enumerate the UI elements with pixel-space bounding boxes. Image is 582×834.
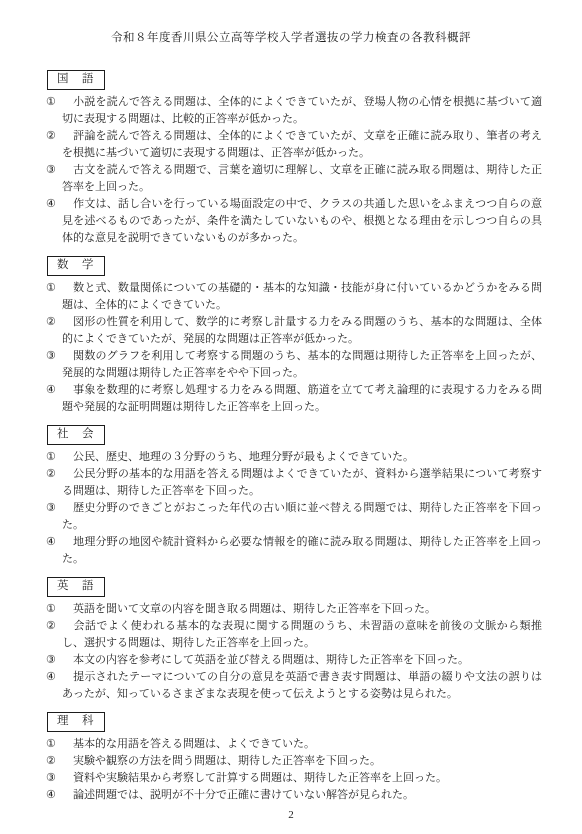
item-text: 本文の内容を参考にして英語を並び替える問題は、期待した正答率を下回った。 bbox=[73, 654, 469, 666]
item-number: ④ bbox=[46, 534, 73, 551]
list-item: ③資料や実験結果から考察して計算する問題は、期待した正答率を上回った。 bbox=[62, 770, 542, 787]
item-number: ③ bbox=[46, 500, 73, 517]
item-text: 英語を聞いて文章の内容を聞き取る問題は、期待した正答率を下回った。 bbox=[73, 603, 436, 615]
section-items: ①公民、歴史、地理の３分野のうち、地理分野が最もよくできていた。②公民分野の基本… bbox=[0, 449, 582, 568]
list-item: ②会話でよく使われる基本的な表現に関する問題のうち、未習語の意味を前後の文脈から… bbox=[62, 618, 542, 652]
item-text: 論述問題では、説明が不十分で正確に書けていない解答が見られた。 bbox=[73, 789, 414, 801]
item-text: 提示されたテーマについての自分の意見を英語で書き表す問題は、単語の綴りや文法の誤… bbox=[62, 671, 542, 700]
list-item: ①基本的な用語を答える問題は、よくできていた。 bbox=[62, 736, 542, 753]
subject-section: 理 科①基本的な用語を答える問題は、よくできていた。②実験や観察の方法を問う問題… bbox=[0, 703, 582, 804]
section-items: ①基本的な用語を答える問題は、よくできていた。②実験や観察の方法を問う問題は、期… bbox=[0, 736, 582, 804]
item-text: 公民分野の基本的な用語を答える問題はよくできていたが、資料から選挙結果について考… bbox=[62, 468, 542, 497]
section-heading-box: 社 会 bbox=[47, 425, 105, 445]
item-number: ② bbox=[46, 753, 73, 770]
section-heading-box: 理 科 bbox=[47, 712, 105, 732]
section-heading-box: 国 語 bbox=[47, 70, 105, 90]
item-number: ③ bbox=[46, 652, 73, 669]
list-item: ②評論を読んで答える問題は、全体的によくできていたが、文章を正確に読み取り、筆者… bbox=[62, 128, 542, 162]
item-number: ① bbox=[46, 280, 73, 297]
section-heading: 数 学 bbox=[57, 259, 95, 271]
section-items: ①数と式、数量関係についての基礎的・基本的な知識・技能が身に付いているかどうかを… bbox=[0, 280, 582, 416]
section-items: ①英語を聞いて文章の内容を聞き取る問題は、期待した正答率を下回った。②会話でよく… bbox=[0, 601, 582, 703]
sections: 国 語①小説を読んで答える問題は、全体的によくできていたが、登場人物の心情を根拠… bbox=[0, 46, 582, 804]
subject-section: 英 語①英語を聞いて文章の内容を聞き取る問題は、期待した正答率を下回った。②会話… bbox=[0, 568, 582, 703]
section-heading: 英 語 bbox=[57, 580, 95, 592]
item-number: ① bbox=[46, 601, 73, 618]
item-text: 公民、歴史、地理の３分野のうち、地理分野が最もよくできていた。 bbox=[73, 451, 414, 463]
list-item: ①公民、歴史、地理の３分野のうち、地理分野が最もよくできていた。 bbox=[62, 449, 542, 466]
item-number: ③ bbox=[46, 348, 73, 365]
item-text: 関数のグラフを利用して考察する問題のうち、基本的な問題は期待した正答率を上回った… bbox=[62, 350, 542, 379]
item-number: ① bbox=[46, 94, 73, 111]
section-heading: 国 語 bbox=[57, 73, 95, 85]
list-item: ④地理分野の地図や統計資料から必要な情報を的確に読み取る問題は、期待した正答率を… bbox=[62, 534, 542, 568]
item-number: ④ bbox=[46, 196, 73, 213]
section-heading-box: 英 語 bbox=[47, 577, 105, 597]
item-text: 数と式、数量関係についての基礎的・基本的な知識・技能が身に付いているかどうかをみ… bbox=[62, 282, 542, 311]
item-number: ① bbox=[46, 736, 73, 753]
item-number: ③ bbox=[46, 770, 73, 787]
item-text: 評論を読んで答える問題は、全体的によくできていたが、文章を正確に読み取り、筆者の… bbox=[62, 130, 542, 159]
item-text: 基本的な用語を答える問題は、よくできていた。 bbox=[73, 738, 315, 750]
item-text: 事象を数理的に考察し処理する力をみる問題、筋道を立てて考え論理的に表現する力をみ… bbox=[62, 384, 542, 413]
list-item: ④提示されたテーマについての自分の意見を英語で書き表す問題は、単語の綴りや文法の… bbox=[62, 669, 542, 703]
list-item: ②図形の性質を利用して、数学的に考察し計量する力をみる問題のうち、基本的な問題は… bbox=[62, 314, 542, 348]
section-heading: 社 会 bbox=[57, 428, 95, 440]
section-heading-box: 数 学 bbox=[47, 256, 105, 276]
subject-section: 社 会①公民、歴史、地理の３分野のうち、地理分野が最もよくできていた。②公民分野… bbox=[0, 416, 582, 568]
subject-section: 国 語①小説を読んで答える問題は、全体的によくできていたが、登場人物の心情を根拠… bbox=[0, 46, 582, 247]
list-item: ④事象を数理的に考察し処理する力をみる問題、筋道を立てて考え論理的に表現する力を… bbox=[62, 382, 542, 416]
list-item: ③古文を読んで答える問題で、言葉を適切に理解し、文章を正確に読み取る問題は、期待… bbox=[62, 162, 542, 196]
subject-section: 数 学①数と式、数量関係についての基礎的・基本的な知識・技能が身に付いているかど… bbox=[0, 247, 582, 416]
section-heading: 理 科 bbox=[57, 715, 95, 727]
item-text: 図形の性質を利用して、数学的に考察し計量する力をみる問題のうち、基本的な問題は、… bbox=[62, 316, 542, 345]
list-item: ①小説を読んで答える問題は、全体的によくできていたが、登場人物の心情を根拠に基づ… bbox=[62, 94, 542, 128]
item-text: 地理分野の地図や統計資料から必要な情報を的確に読み取る問題は、期待した正答率を上… bbox=[62, 536, 542, 565]
document-page: 令和８年度香川県公立高等学校入学者選抜の学力検査の各教科概評 国 語①小説を読ん… bbox=[0, 0, 582, 834]
item-number: ② bbox=[46, 128, 73, 145]
item-number: ③ bbox=[46, 162, 73, 179]
item-text: 実験や観察の方法を問う問題は、期待した正答率を下回った。 bbox=[73, 755, 381, 767]
item-number: ④ bbox=[46, 382, 73, 399]
item-text: 資料や実験結果から考察して計算する問題は、期待した正答率を上回った。 bbox=[73, 772, 447, 784]
item-number: ④ bbox=[46, 787, 73, 804]
list-item: ①数と式、数量関係についての基礎的・基本的な知識・技能が身に付いているかどうかを… bbox=[62, 280, 542, 314]
list-item: ④作文は、話し合いを行っている場面設定の中で、クラスの共通した思いをふまえつつ自… bbox=[62, 196, 542, 247]
item-number: ④ bbox=[46, 669, 73, 686]
item-number: ② bbox=[46, 466, 73, 483]
list-item: ④論述問題では、説明が不十分で正確に書けていない解答が見られた。 bbox=[62, 787, 542, 804]
item-text: 小説を読んで答える問題は、全体的によくできていたが、登場人物の心情を根拠に基づい… bbox=[62, 96, 542, 125]
document-title: 令和８年度香川県公立高等学校入学者選抜の学力検査の各教科概評 bbox=[0, 30, 582, 46]
list-item: ②実験や観察の方法を問う問題は、期待した正答率を下回った。 bbox=[62, 753, 542, 770]
section-items: ①小説を読んで答える問題は、全体的によくできていたが、登場人物の心情を根拠に基づ… bbox=[0, 94, 582, 247]
list-item: ③歴史分野のできごとがおこった年代の古い順に並べ替える問題では、期待した正答率を… bbox=[62, 500, 542, 534]
list-item: ③関数のグラフを利用して考察する問題のうち、基本的な問題は期待した正答率を上回っ… bbox=[62, 348, 542, 382]
item-text: 歴史分野のできごとがおこった年代の古い順に並べ替える問題では、期待した正答率を下… bbox=[62, 502, 542, 531]
list-item: ②公民分野の基本的な用語を答える問題はよくできていたが、資料から選挙結果について… bbox=[62, 466, 542, 500]
page-number: 2 bbox=[0, 809, 582, 821]
item-number: ① bbox=[46, 449, 73, 466]
list-item: ①英語を聞いて文章の内容を聞き取る問題は、期待した正答率を下回った。 bbox=[62, 601, 542, 618]
item-number: ② bbox=[46, 618, 73, 635]
item-text: 古文を読んで答える問題で、言葉を適切に理解し、文章を正確に読み取る問題は、期待し… bbox=[62, 164, 542, 193]
list-item: ③本文の内容を参考にして英語を並び替える問題は、期待した正答率を下回った。 bbox=[62, 652, 542, 669]
item-text: 作文は、話し合いを行っている場面設定の中で、クラスの共通した思いをふまえつつ自ら… bbox=[62, 198, 542, 244]
item-number: ② bbox=[46, 314, 73, 331]
item-text: 会話でよく使われる基本的な表現に関する問題のうち、未習語の意味を前後の文脈から類… bbox=[62, 620, 542, 649]
